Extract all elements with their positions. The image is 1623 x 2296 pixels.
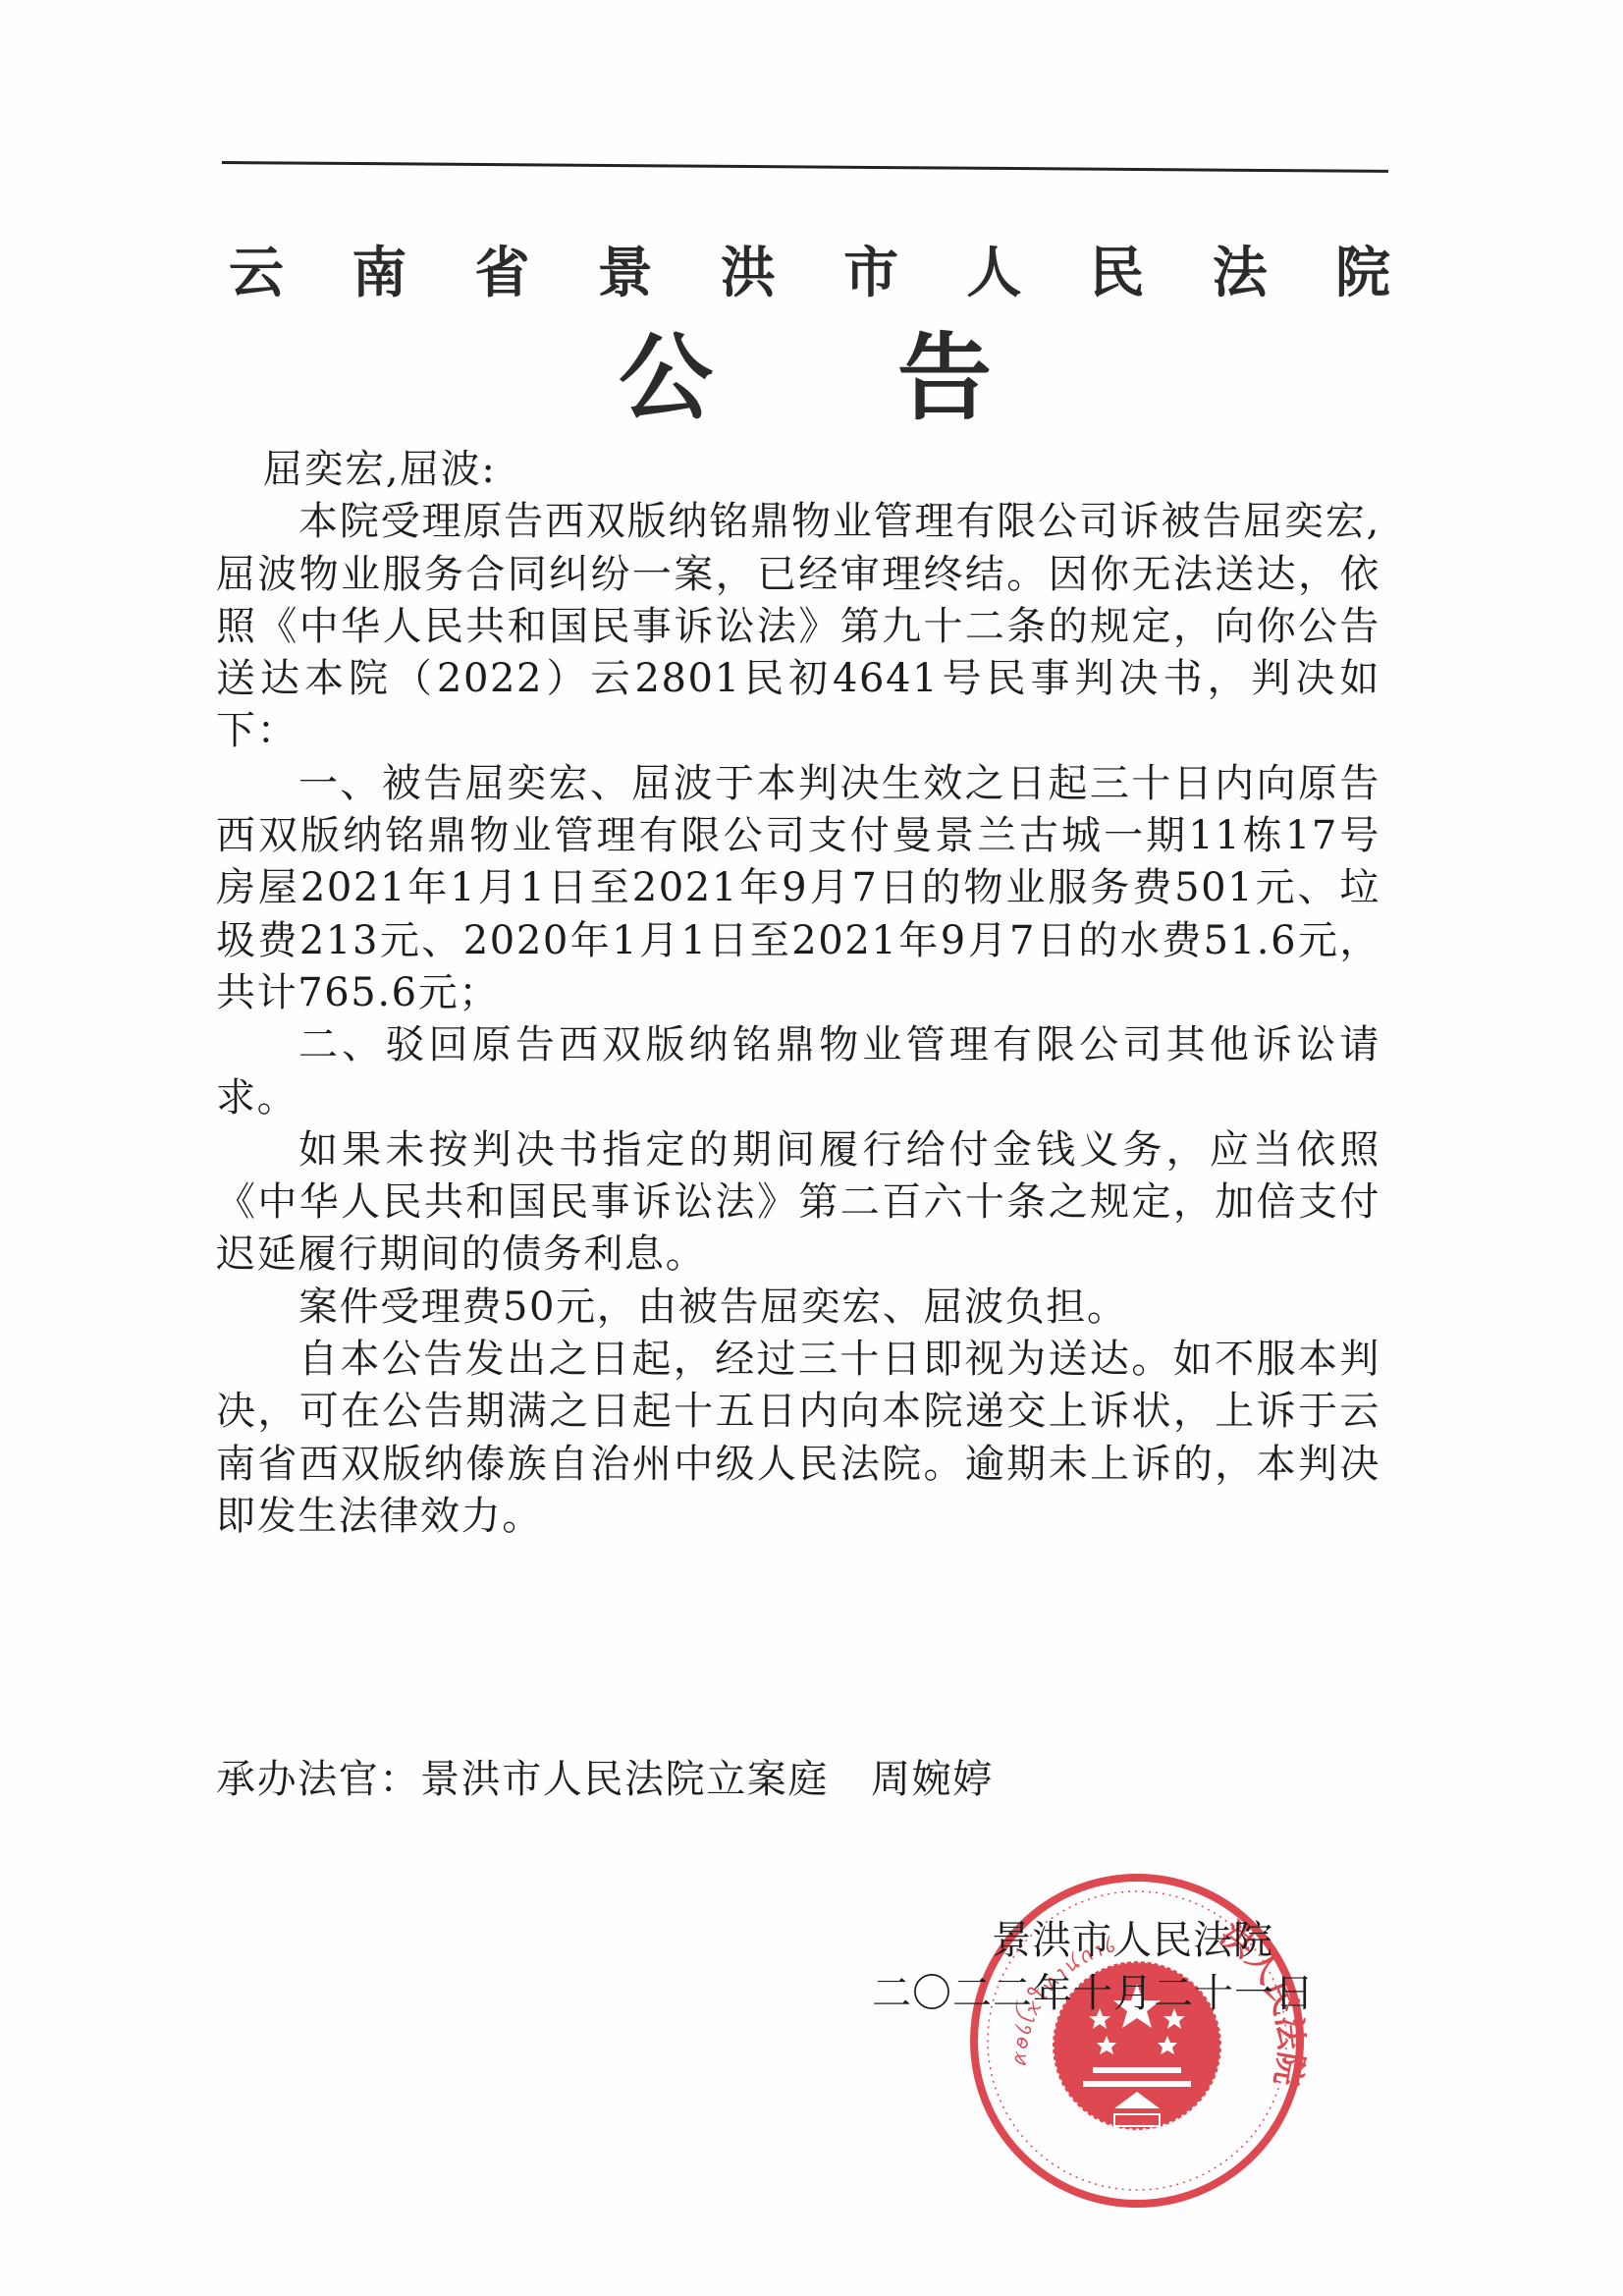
- header-rule: [222, 161, 1388, 173]
- court-name-char: 人: [965, 234, 1022, 312]
- court-name-char: 民: [1089, 234, 1146, 312]
- addressee: 屈奕宏,屈波:: [216, 444, 1380, 496]
- notice-title: 公 告: [619, 324, 992, 432]
- presiding-judge: 承办法官：景洪市人民法院立案庭 周婉婷: [216, 1754, 994, 1806]
- court-name-char: 南: [351, 234, 407, 312]
- signing-court: 景洪市人民法院: [992, 1915, 1273, 1967]
- paragraph-judgment-item-1: 一、被告屈奕宏、屈波于本判决生效之日起三十日内向原告西双版纳铭鼎物业管理有限公司…: [216, 758, 1380, 1019]
- notice-body: 屈奕宏,屈波: 本院受理原告西双版纳铭鼎物业管理有限公司诉被告屈奕宏,屈波物业服…: [216, 444, 1380, 1543]
- court-name-char: 法: [1212, 234, 1269, 312]
- paragraph-service-appeal: 自本公告发出之日起，经过三十日即视为送达。如不服本判决，可在公告期满之日起十五日…: [216, 1334, 1380, 1543]
- paragraph-late-payment: 如果未按判决书指定的期间履行给付金钱义务，应当依照《中华人民共和国民事诉讼法》第…: [216, 1124, 1380, 1282]
- court-name-char: 云: [228, 234, 285, 312]
- paragraph-case-intro: 本院受理原告西双版纳铭鼎物业管理有限公司诉被告屈奕宏,屈波物业服务合同纠纷一案，…: [216, 496, 1380, 757]
- paragraph-case-fee: 案件受理费50元，由被告屈奕宏、屈波负担。: [216, 1282, 1380, 1334]
- notice-title-char: 公: [619, 324, 713, 432]
- court-name-heading: 云 南 省 景 洪 市 人 民 法 院: [228, 234, 1391, 312]
- court-name-char: 省: [473, 234, 530, 312]
- court-name-char: 院: [1334, 234, 1391, 312]
- court-name-char: 洪: [720, 234, 777, 312]
- paragraph-judgment-item-2: 二、驳回原告西双版纳铭鼎物业管理有限公司其他诉讼请求。: [216, 1019, 1380, 1124]
- notice-page: 云 南 省 景 洪 市 人 民 法 院 公 告 屈奕宏,屈波: 本院受理原告西双…: [0, 0, 1623, 2296]
- court-name-char: 市: [842, 234, 899, 312]
- court-name-char: 景: [597, 234, 654, 312]
- notice-title-char: 告: [897, 324, 992, 432]
- signing-date: 二〇二二年十月二十一日: [872, 1968, 1315, 2020]
